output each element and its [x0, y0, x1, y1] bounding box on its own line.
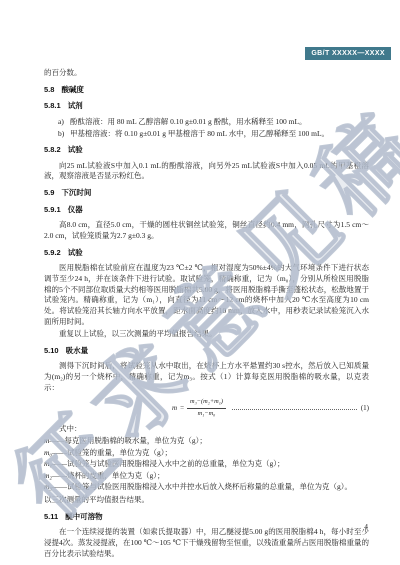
heading-number: 5.9.1	[44, 205, 61, 214]
paragraph-5-9-2: 医用脱脂棉在试验前应在温度为23 ℃±2 ℃，相对湿度为50%±4%的大气环境条…	[44, 263, 369, 327]
heading-5-9: 5.9下沉时间	[44, 188, 369, 199]
heading-title: 下沉时间	[61, 188, 91, 197]
definition-m1: m₁ ——试验笼与试验医用脱脂棉浸入水中之前的总重量，单位为克（g）；	[44, 459, 369, 470]
reagent-list: a) 酚酞溶液：用 80 mL 乙醇溶解 0.10 g±0.01 g 酚酞，用水…	[44, 117, 369, 139]
heading-5-9-2: 5.9.2试验	[44, 248, 369, 259]
list-marker: a)	[58, 117, 70, 128]
document-page: GB/T XXXXX—XXXX 征求意见稿 的百分数。 5.8酸碱度 5.8.1…	[0, 0, 400, 565]
heading-title: 仪器	[68, 205, 83, 214]
definition-m3: m₃ ——试验笼与试验医用脱脂棉浸入水中并控水后放入烧杯后称量的总重量，单位为克…	[44, 482, 369, 493]
symbol: m₁	[44, 459, 52, 470]
heading-title: 酸碱度	[61, 85, 84, 94]
page-number: 4	[364, 522, 368, 531]
heading-5-9-1: 5.9.1仪器	[44, 205, 369, 216]
standard-number-badge: GB/T XXXXX—XXXX	[305, 47, 391, 60]
heading-number: 5.8	[44, 85, 54, 94]
heading-number: 5.11	[44, 512, 58, 521]
symbol-description: ——试验笼与试验医用脱脂棉浸入水中并控水后放入烧杯后称量的总重量，单位为克（g）…	[52, 482, 369, 493]
paragraph-5-11: 在一个连续浸提的装置（如索氏提取器）中，用乙醚浸提5.00 g的医用脱脂棉4 h…	[44, 527, 369, 559]
heading-number: 5.9.2	[44, 248, 61, 257]
symbol-definitions: m ——每克医用脱脂棉的吸水量，单位为克（g）； m₀ ——试验笼的重量，单位为…	[44, 436, 369, 493]
list-text: 甲基橙溶液：将 0.10 g±0.01 g 甲基橙溶于 80 mL 水中，用乙醇…	[70, 129, 329, 140]
heading-title: 试验	[68, 248, 83, 257]
heading-5-8-2: 5.8.2试验	[44, 145, 369, 156]
formula-equation-number: (1)	[361, 404, 369, 414]
formula-1: m = m₃−(m₂+m₁) m₁−m₀ (1)	[172, 398, 369, 419]
symbol: m₃	[44, 482, 52, 493]
formula-numerator: m₃−(m₂+m₁)	[187, 398, 226, 409]
paragraph-5-9-1: 高8.0 cm，直径5.0 cm，干燥的圆柱状铜丝试验笼，铜丝直径约0.4 mm…	[44, 220, 369, 241]
symbol-description: ——试验笼的重量，单位为克（g）；	[52, 448, 369, 459]
symbol-description: ——试验笼与试验医用脱脂棉浸入水中之前的总重量，单位为克（g）；	[52, 459, 369, 470]
symbol: m₀	[44, 448, 52, 459]
formula-denominator: m₁−m₀	[187, 409, 226, 419]
heading-title: 试验	[68, 145, 83, 154]
symbol-description: ——烧杯的皮重，单位为克（g）；	[52, 471, 369, 482]
formula-equals: =	[180, 404, 184, 414]
heading-5-8: 5.8酸碱度	[44, 85, 369, 96]
list-item-a: a) 酚酞溶液：用 80 mL 乙醇溶解 0.10 g±0.01 g 酚酞，用水…	[58, 117, 369, 128]
symbol-description: ——每克医用脱脂棉的吸水量，单位为克（g）；	[49, 436, 369, 447]
heading-number: 5.9	[44, 188, 54, 197]
heading-5-11: 5.11醚中可溶物	[44, 512, 369, 523]
heading-title: 醚中可溶物	[65, 512, 103, 521]
formula-lhs: m	[172, 404, 177, 414]
symbol: m₂	[44, 471, 52, 482]
heading-title: 吸水量	[66, 346, 89, 355]
formula-fraction: m₃−(m₂+m₁) m₁−m₀	[187, 398, 226, 419]
heading-number: 5.8.2	[44, 145, 61, 154]
paragraph-5-9-2-repeat: 重复以上试验，以三次测量的平均值报告结果。	[44, 329, 369, 340]
heading-5-10: 5.10吸水量	[44, 346, 369, 357]
paragraph-continuation: 的百分数。	[44, 68, 369, 79]
document-body: 的百分数。 5.8酸碱度 5.8.1试剂 a) 酚酞溶液：用 80 mL 乙醇溶…	[44, 66, 369, 561]
heading-number: 5.10	[44, 346, 59, 355]
paragraph-5-10: 测得下沉时间后，将试验笼从水中取出，在烧杯上方水平悬置约30 s控水，然后放入已…	[44, 361, 369, 393]
list-text: 酚酞溶液：用 80 mL 乙醇溶解 0.10 g±0.01 g 酚酞，用水稀释至…	[70, 117, 307, 128]
definition-m2: m₂ ——烧杯的皮重，单位为克（g）；	[44, 471, 369, 482]
list-item-b: b) 甲基橙溶液：将 0.10 g±0.01 g 甲基橙溶于 80 mL 水中，…	[58, 129, 369, 140]
heading-5-8-1: 5.8.1试剂	[44, 101, 369, 112]
definition-m0: m₀ ——试验笼的重量，单位为克（g）；	[44, 448, 369, 459]
heading-title: 试剂	[68, 101, 83, 110]
paragraph-5-8-2: 向25 mL试验液S中加入0.1 mL的酚酞溶液，向另外25 mL试验液S中加入…	[44, 161, 369, 182]
heading-number: 5.8.1	[44, 101, 61, 110]
formula-dot-leaders	[232, 405, 357, 410]
definition-m: m ——每克医用脱脂棉的吸水量，单位为克（g）；	[44, 436, 369, 447]
where-label: 式中：	[44, 424, 369, 435]
paragraph-5-10-result: 以三次测量的平均值报告结果。	[44, 495, 369, 506]
list-marker: b)	[58, 129, 70, 140]
